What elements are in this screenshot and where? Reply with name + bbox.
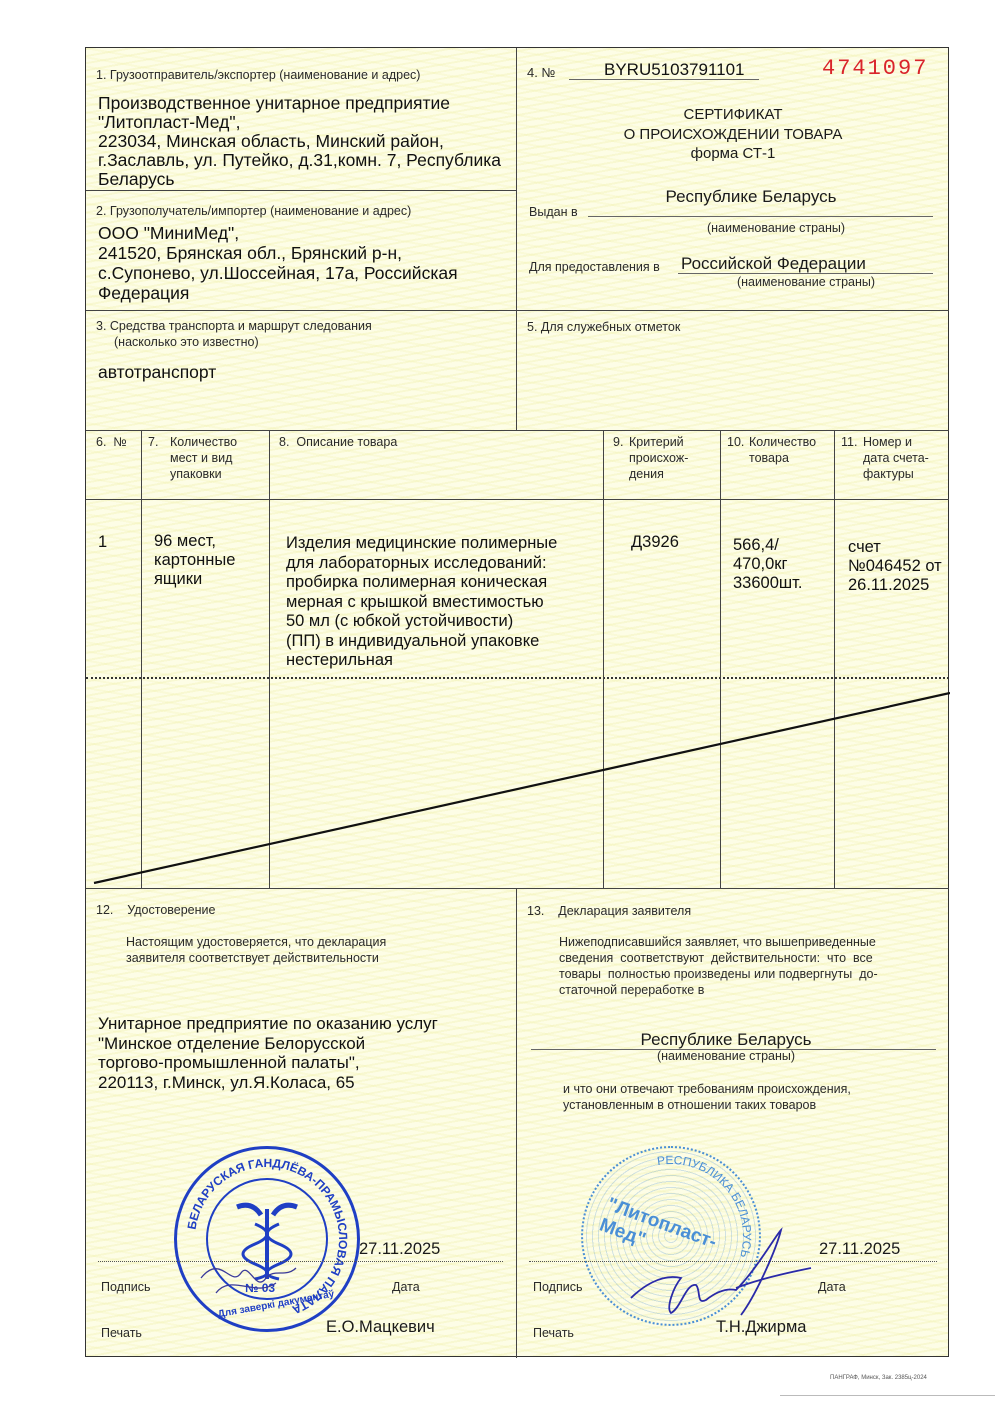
form-title: СЕРТИФИКАТ <box>516 106 950 123</box>
importer-address-line3: Федерация <box>98 283 189 304</box>
printer-imprint: ПАНГРАФ, Минск, Зак. 2385ц-2024 <box>830 1375 927 1381</box>
box12-text: Настоящим удостоверяется, что декларация… <box>126 934 386 966</box>
box12-date-label: Дата <box>392 1279 420 1295</box>
box13-country-hint: (наименование страны) <box>616 1049 836 1063</box>
row-number: 1 <box>98 532 107 553</box>
importer-name: ООО "МиниМед", <box>98 223 239 244</box>
exporter-name-line1: Производственное унитарное предприятие <box>98 93 450 114</box>
presented-to-underline <box>678 273 933 274</box>
box12-date: 27.11.2025 <box>359 1240 440 1259</box>
exporter-address-line1: 223034, Минская область, Минский район, <box>98 131 444 152</box>
box2-label: 2. Грузополучатель/импортер (наименовани… <box>96 203 411 219</box>
page-bottom-line <box>780 1395 995 1396</box>
signature-dzhirma <box>626 1213 816 1323</box>
box12-date-line <box>98 1261 503 1262</box>
box13-date-line <box>529 1261 937 1262</box>
exporter-name-line2: "Литопласт-Мед", <box>98 112 240 133</box>
header-col9: 9. Критерий происхож- дения <box>613 434 718 482</box>
form-type: форма СТ-1 <box>516 145 950 162</box>
exporter-address-line2: г.Заславль, ул. Путейко, д.31,комн. 7, Р… <box>98 150 501 171</box>
header-col6: 6. № <box>96 434 127 450</box>
row-origin-criterion: Д3926 <box>631 532 679 553</box>
box13-signer-name: Т.Н.Джирма <box>716 1318 806 1337</box>
box13-label: 13. Декларация заявителя <box>527 903 691 919</box>
importer-address-line2: с.Супонево, ул.Шоссейная, 17а, Российска… <box>98 263 458 284</box>
divider-box2-box3 <box>86 310 949 311</box>
box13-text: Нижеподписавшийся заявляет, что вышеприв… <box>559 934 878 998</box>
exporter-address-line3: Беларусь <box>98 169 175 190</box>
box12-seal-label: Печать <box>101 1325 142 1341</box>
certificate-number: BYRU5103791101 <box>604 60 745 80</box>
importer-address-line1: 241520, Брянская обл., Брянский р-н, <box>98 243 402 264</box>
box12-signature-label: Подпись <box>101 1279 150 1295</box>
box13-date: 27.11.2025 <box>819 1240 900 1259</box>
presented-to-hint: (наименование страны) <box>686 275 926 289</box>
issued-in-hint: (наименование страны) <box>646 221 906 235</box>
box13-text2: и что они отвечают требованиям происхожд… <box>563 1081 851 1113</box>
divider-table-bottom <box>86 888 949 889</box>
issued-in-country: Республике Беларусь <box>586 187 916 207</box>
box13-country: Республике Беларусь <box>586 1030 866 1050</box>
row-description: Изделия медицинские полимерные для лабор… <box>286 534 557 671</box>
box3-label-note: (насколько это известно) <box>114 334 259 350</box>
header-col10: 10. Количество товара <box>727 434 832 466</box>
transport-value: автотранспорт <box>98 362 216 383</box>
box13-signature-label: Подпись <box>533 1279 582 1295</box>
box13-date-label: Дата <box>818 1279 846 1295</box>
serial-number-red: 4741097 <box>822 56 928 81</box>
form-subtitle: О ПРОИСХОЖДЕНИИ ТОВАРА <box>516 126 950 143</box>
header-col11: 11. Номер и дата счета- фактуры <box>841 434 946 482</box>
row-invoice: счет №046452 от 26.11.2025 <box>848 538 942 595</box>
row-quantity: 566,4/ 470,0кг 33600шт. <box>733 536 802 593</box>
box1-label: 1. Грузоотправитель/экспортер (наименова… <box>96 67 420 83</box>
header-col7: 7. Количество мест и вид упаковки <box>148 434 266 482</box>
presented-to-country: Российской Федерации <box>681 254 866 274</box>
header-col8: 8. Описание товара <box>279 434 397 450</box>
box13-seal-label: Печать <box>533 1325 574 1341</box>
strikethrough-line <box>86 678 950 888</box>
divider-table-header <box>86 499 949 500</box>
box12-label: 12. Удостоверение <box>96 902 215 918</box>
signature-matskevich <box>196 1248 326 1308</box>
box4-label: 4. № <box>527 65 555 81</box>
certificate-form: 1. Грузоотправитель/экспортер (наименова… <box>85 47 949 1357</box>
box5-label: 5. Для служебных отметок <box>527 319 680 335</box>
certificate-number-underline <box>569 79 759 80</box>
issued-in-label: Выдан в <box>529 204 578 220</box>
divider-box1-box2 <box>86 190 516 191</box>
divider-bottom-vertical <box>516 888 517 1358</box>
issued-in-underline <box>588 216 933 217</box>
box3-label: 3. Средства транспорта и маршрут следова… <box>96 318 372 334</box>
certifying-organization: Унитарное предприятие по оказанию услуг … <box>98 1014 438 1092</box>
divider-top-table <box>86 430 949 431</box>
presented-to-label: Для предоставления в <box>529 259 660 275</box>
box12-signer-name: Е.О.Мацкевич <box>326 1318 435 1337</box>
row-packages: 96 мест, картонные ящики <box>154 532 235 589</box>
